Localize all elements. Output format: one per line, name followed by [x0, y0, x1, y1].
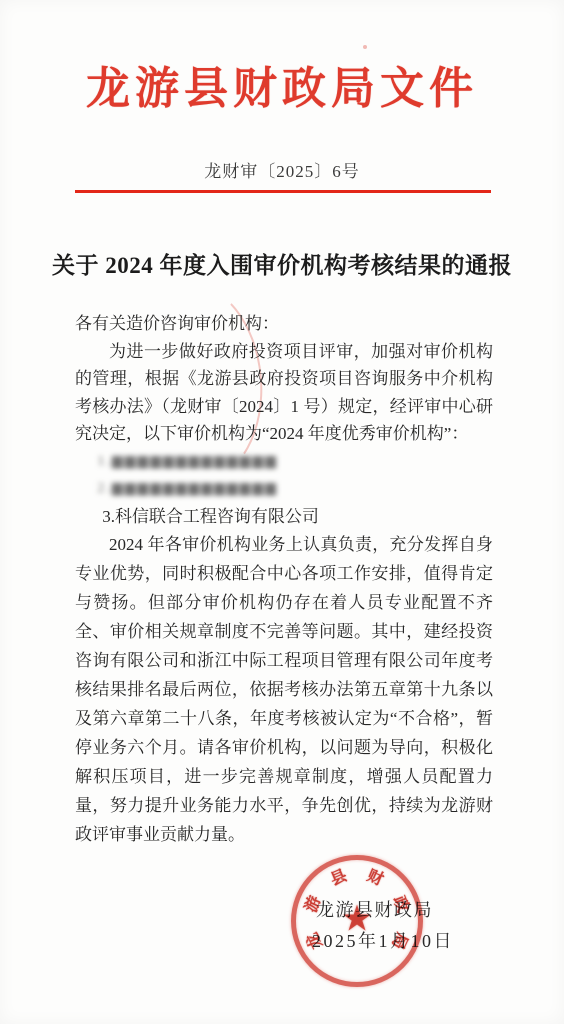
- issue-date: 2025年1月10日: [312, 927, 454, 953]
- salutation-line: 各有关造价咨询审价机构：: [75, 310, 493, 338]
- issuer-signature: 龙游县财政局: [316, 896, 433, 922]
- document-title: 关于 2024 年度入围审价机构考核结果的通报: [40, 247, 524, 280]
- paragraph-2: 2024 年各审价机构业务上认真负责，充分发挥自身专业优势，同时积极配合中心各项…: [75, 530, 493, 849]
- seal-char: 财: [361, 865, 388, 893]
- awarded-item-2-redacted: 2.▆▆▆▆▆▆▆▆▆▆▆▆▆: [75, 475, 493, 503]
- scanned-official-document: 龙游县财政局文件 龙财审〔2025〕6号 关于 2024 年度入围审价机构考核结…: [0, 0, 564, 1024]
- document-number: 龙财审〔2025〕6号: [0, 157, 564, 182]
- ink-speck: [363, 45, 367, 49]
- red-divider-rule: [75, 190, 491, 193]
- paragraph-1: 为进一步做好政府投资项目评审，加强对审价机构的管理，根据《龙游县政府投资项目咨询…: [75, 338, 493, 448]
- awarded-item-1-redacted: 1.▆▆▆▆▆▆▆▆▆▆▆▆▆: [75, 448, 493, 476]
- seal-char: 县: [326, 865, 353, 893]
- document-body: 各有关造价咨询审价机构： 为进一步做好政府投资项目评审，加强对审价机构的管理，根…: [75, 310, 493, 849]
- letterhead-title: 龙游县财政局文件: [0, 52, 564, 116]
- awarded-item-3: 3.科信联合工程咨询有限公司: [75, 503, 493, 531]
